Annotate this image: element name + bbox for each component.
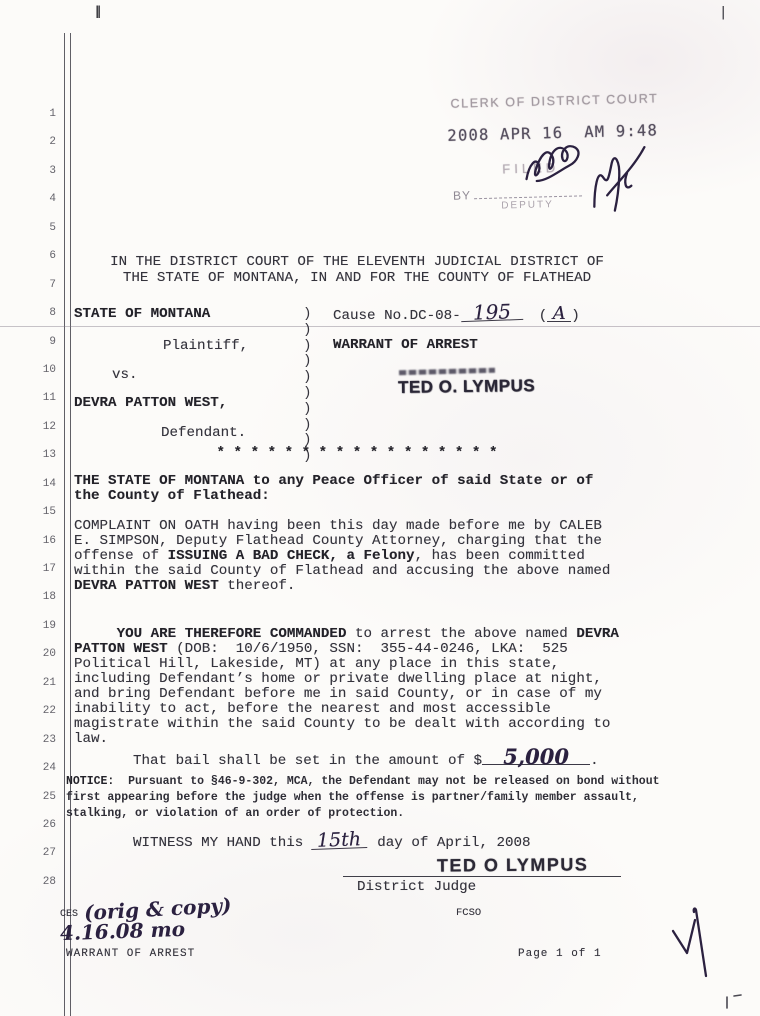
judge-title: District Judge [357, 880, 476, 895]
footer-document-label: WARRANT OF ARREST [66, 947, 195, 962]
text-segment: including Defendant’s home or private dw… [74, 671, 602, 687]
text-segment: to arrest the above named [346, 626, 576, 642]
court-title-line2: THE STATE OF MONTANA, IN AND FOR THE COU… [76, 270, 638, 286]
line-number: 3 [0, 165, 56, 193]
clerk-office-stamp-text: CLERK OF DISTRICT COURT [450, 91, 658, 110]
text-line: COMPLAINT ON OATH having been this day m… [74, 519, 610, 534]
text-segment: , has been committed [415, 548, 585, 564]
plaintiff-name: STATE OF MONTANA [74, 307, 210, 322]
text-line: THE STATE OF MONTANA to any Peace Office… [74, 474, 593, 489]
pleading-line-numbers: 1234567891011121314151617181920212223242… [0, 108, 56, 904]
versus-label: vs. [112, 368, 138, 383]
caption-paren: ) [303, 306, 312, 322]
line-number: 16 [0, 535, 56, 563]
text-segment: within the said County of Flathead and a… [74, 563, 610, 579]
caption-paren: ) [303, 385, 312, 401]
bail-period: . [590, 754, 599, 769]
text-segment: first appearing before the judge when th… [66, 791, 639, 804]
text-segment: COMPLAINT ON OATH having been this day m… [74, 518, 602, 534]
text-line: within the said County of Flathead and a… [74, 564, 610, 579]
witness-suffix: day of April, 2008 [377, 836, 530, 851]
text-segment: and bring Defendant before me in said Co… [74, 686, 602, 702]
witness-line: WITNESS MY HAND this 15th day of April, … [133, 833, 531, 851]
paragraph-complaint: COMPLAINT ON OATH having been this day m… [74, 519, 610, 594]
registration-mark-top-left: ‖ [95, 4, 101, 18]
line-number: 10 [0, 364, 56, 392]
line-number: 26 [0, 819, 56, 847]
line-number: 25 [0, 791, 56, 819]
cause-paren-close: ) [571, 309, 580, 324]
text-segment: YOU ARE THEREFORE COMMANDED [117, 626, 347, 642]
text-line: inability to act, before the nearest and… [74, 702, 619, 717]
line-number: 9 [0, 336, 56, 364]
text-segment: THE STATE OF MONTANA to any Peace Office… [74, 473, 593, 489]
line-number: 6 [0, 250, 56, 278]
text-line: magistrate within the said County to be … [74, 717, 619, 732]
plaintiff-label: Plaintiff, [163, 339, 248, 354]
text-segment [74, 626, 117, 642]
line-number: 4 [0, 193, 56, 221]
caption-paren: ) [303, 353, 312, 369]
line-number: 21 [0, 677, 56, 705]
registration-mark-top-right: | [721, 5, 725, 20]
text-line: and bring Defendant before me in said Co… [74, 687, 619, 702]
handwritten-checkmark [666, 906, 712, 982]
caption-paren: ) [303, 417, 312, 433]
caption-paren-column: )))))))))) [303, 306, 312, 464]
text-segment: thereof. [219, 578, 296, 594]
line-number: 22 [0, 705, 56, 733]
cause-letter-handwritten: A [547, 306, 571, 322]
text-line: offense of ISSUING A BAD CHECK, a Felony… [74, 549, 610, 564]
line-number: 7 [0, 279, 56, 307]
text-line: Political Hill, Lakeside, MT) at any pla… [74, 657, 619, 672]
line-number: 24 [0, 762, 56, 790]
line-number: 8 [0, 307, 56, 335]
text-line: including Defendant’s home or private dw… [74, 672, 619, 687]
corner-scan-mark [724, 992, 750, 1012]
text-segment: DEVRA PATTON WEST [74, 578, 219, 594]
pleading-margin-rule [64, 33, 71, 1016]
text-segment: DEVRA [576, 626, 619, 642]
text-segment: offense of [74, 548, 168, 564]
deputy-label: DEPUTY [501, 199, 554, 211]
line-number: 28 [0, 876, 56, 904]
text-line: DEVRA PATTON WEST thereof. [74, 579, 610, 594]
defendant-name: DEVRA PATTON WEST, [74, 396, 227, 411]
line-number: 2 [0, 136, 56, 164]
judge-name-stamp: TED O. LYMPUS [398, 376, 535, 398]
paragraph-command: YOU ARE THEREFORE COMMANDED to arrest th… [74, 627, 619, 747]
caption-paren: ) [303, 338, 312, 354]
text-line: E. SIMPSON, Deputy Flathead County Attor… [74, 534, 610, 549]
line-number: 13 [0, 449, 56, 477]
text-segment: magistrate within the said County to be … [74, 716, 610, 732]
judge-signature-stamp: TED O LYMPUS [437, 854, 589, 876]
line-number: 23 [0, 734, 56, 762]
line-number: 17 [0, 563, 56, 591]
cause-number-handwritten: 195 [460, 304, 523, 322]
line-number: 11 [0, 392, 56, 420]
text-line: first appearing before the judge when th… [66, 790, 660, 806]
text-segment: the County of Flathead: [74, 488, 270, 504]
handwritten-date-note: 4.16.08 mo [60, 917, 186, 945]
cause-number-row: Cause No.DC-08- 195 ( A ) [333, 305, 580, 324]
bail-line: That bail shall be set in the amount of … [133, 749, 599, 769]
text-line: stalking, or violation of an order of pr… [66, 806, 660, 822]
struck-out-stamp-smudge [399, 368, 495, 376]
caption-paren: ) [303, 401, 312, 417]
text-segment: ISSUING A BAD CHECK, a Felony [168, 548, 415, 564]
notice-paragraph: NOTICE: Pursuant to §46-9-302, MCA, the … [66, 774, 660, 821]
by-label-text: BY [453, 188, 471, 202]
defendant-label: Defendant. [161, 426, 246, 441]
text-segment: Political Hill, Lakeside, MT) at any pla… [74, 656, 559, 672]
bail-text: That bail shall be set in the amount of … [133, 754, 482, 769]
line-number: 1 [0, 108, 56, 136]
text-segment: PATTON WEST [74, 641, 168, 657]
document-title: WARRANT OF ARREST [333, 338, 478, 353]
caption-paren: ) [303, 322, 312, 338]
signature-line [343, 876, 621, 877]
line-number: 18 [0, 591, 56, 619]
line-number: 5 [0, 222, 56, 250]
line-number: 27 [0, 847, 56, 875]
scanned-warrant-page: ‖ | 123456789101112131415161718192021222… [0, 0, 760, 1016]
distribution-code: FCSO [456, 906, 481, 921]
line-number: 19 [0, 620, 56, 648]
text-line: YOU ARE THEREFORE COMMANDED to arrest th… [74, 627, 619, 642]
court-title: IN THE DISTRICT COURT OF THE ELEVENTH JU… [76, 254, 638, 286]
handwritten-deputy-initials [580, 143, 657, 224]
text-line: the County of Flathead: [74, 489, 593, 504]
line-number: 14 [0, 478, 56, 506]
line-number: 15 [0, 506, 56, 534]
text-segment: (DOB: 10/6/1950, SSN: 355-44-0246, LKA: … [168, 641, 568, 657]
text-segment: law. [74, 731, 108, 747]
witness-day-handwritten: 15th [311, 832, 368, 850]
text-line: PATTON WEST (DOB: 10/6/1950, SSN: 355-44… [74, 642, 619, 657]
witness-prefix: WITNESS MY HAND this [133, 836, 303, 851]
line-number: 20 [0, 648, 56, 676]
text-segment: E. SIMPSON, Deputy Flathead County Attor… [74, 533, 602, 549]
stars-separator: * * * * * * * * * * * * * * * * * [76, 446, 638, 461]
paragraph-intro: THE STATE OF MONTANA to any Peace Office… [74, 474, 593, 504]
cause-number-prefix: Cause No.DC-08- [333, 309, 461, 324]
text-segment: Pursuant to §46-9-302, MCA, the Defendan… [114, 775, 659, 788]
page-indicator: Page 1 of 1 [518, 947, 602, 962]
bail-amount-handwritten: 5,000 [482, 749, 590, 765]
text-segment: inability to act, before the nearest and… [74, 701, 551, 717]
court-title-line1: IN THE DISTRICT COURT OF THE ELEVENTH JU… [76, 254, 638, 270]
scan-fold-line [0, 326, 760, 327]
text-segment: NOTICE: [66, 775, 114, 788]
caption-paren: ) [303, 369, 312, 385]
text-segment: stalking, or violation of an order of pr… [66, 807, 404, 820]
cause-paren-open: ( [539, 309, 548, 324]
line-number: 12 [0, 421, 56, 449]
text-line: NOTICE: Pursuant to §46-9-302, MCA, the … [66, 774, 660, 790]
